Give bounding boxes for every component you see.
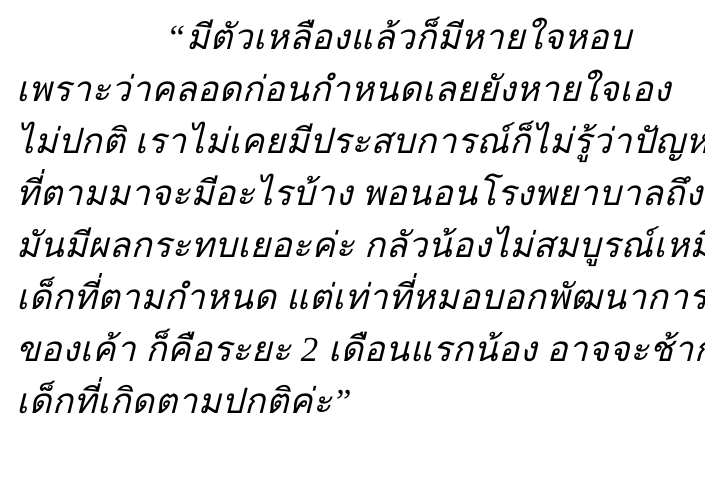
quote-line: เด็กที่ตามกำหนด แต่เท่าที่หมอบอกพัฒนาการ <box>16 272 697 324</box>
quote-line: เพราะว่าคลอดก่อนกำหนดเลยยังหายใจเอง <box>16 64 697 116</box>
quote-line: มันมีผลกระทบเยอะค่ะ กลัวน้องไม่สมบูรณ์เห… <box>16 220 697 272</box>
quote-line: เด็กที่เกิดตามปกติค่ะ” <box>16 376 697 428</box>
quote-line: “มีตัวเหลืองแล้วก็มีหายใจหอบ <box>16 12 697 64</box>
quote-line: ไม่ปกติ เราไม่เคยมีประสบการณ์ก็ไม่รู้ว่า… <box>16 116 697 168</box>
quote-block: “มีตัวเหลืองแล้วก็มีหายใจหอบ เพราะว่าคลอ… <box>0 0 705 428</box>
quote-line: ของเค้า ก็คือระยะ 2 เดือนแรกน้อง อาจจะช้… <box>16 324 697 376</box>
quote-line: ที่ตามมาจะมีอะไรบ้าง พอนอนโรงพยาบาลถึงรู… <box>16 168 697 220</box>
quote-page: “มีตัวเหลืองแล้วก็มีหายใจหอบ เพราะว่าคลอ… <box>0 0 705 478</box>
